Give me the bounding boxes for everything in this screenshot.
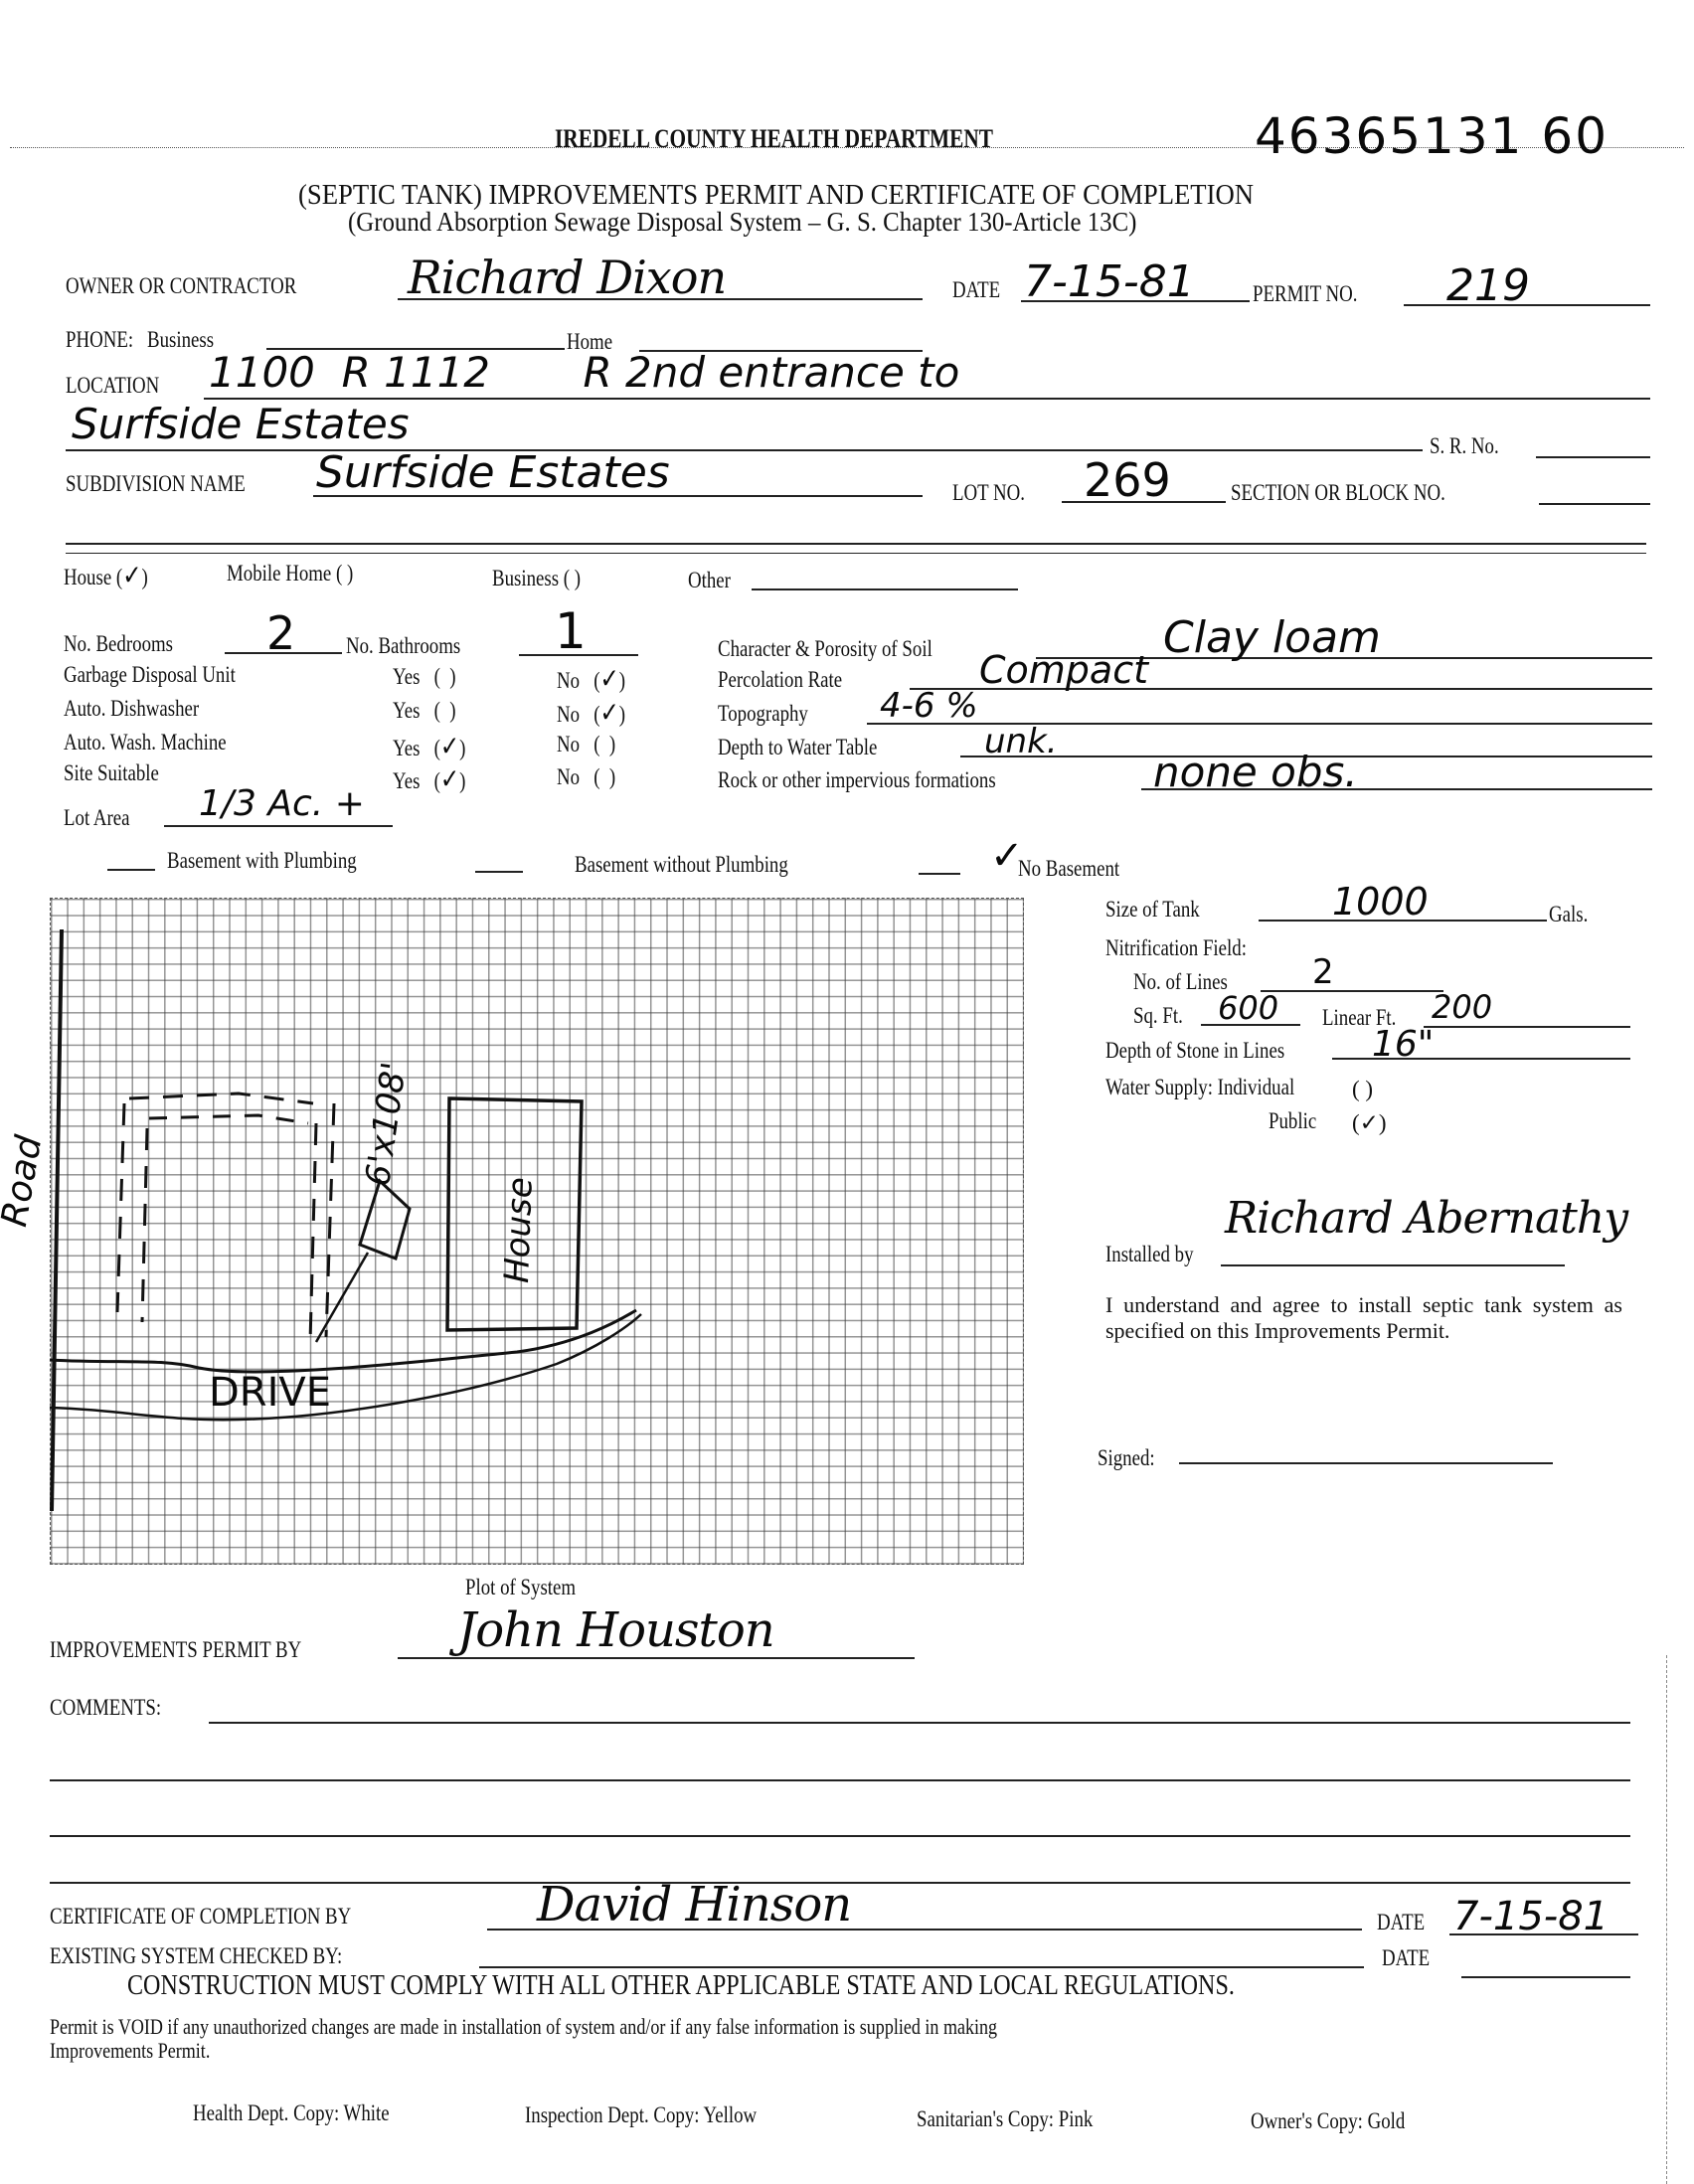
certificate-label: CERTIFICATE OF COMPLETION BY [50, 1905, 418, 1928]
certificate-signature[interactable]: David Hinson [537, 1877, 851, 1932]
water-supply-public-label: Public [1269, 1109, 1327, 1132]
lines-count-field[interactable]: 2 [1312, 952, 1334, 992]
certificate-date-label: DATE [1377, 1911, 1436, 1933]
installed-by-signature[interactable]: Richard Abernathy [1225, 1193, 1627, 1244]
plot-sketch [0, 0, 1694, 2184]
installer-agreement: I understand and agree to install septic… [1105, 1292, 1622, 1344]
linear-ft-field-line [1424, 1026, 1630, 1028]
sq-ft-field[interactable]: 600 [1218, 989, 1278, 1027]
existing-date-field[interactable] [1461, 1976, 1630, 1978]
comments-field-line-1[interactable] [209, 1722, 1630, 1724]
stone-depth-label: Depth of Stone in Lines [1105, 1039, 1324, 1062]
sq-ft-label: Sq. Ft. [1133, 1004, 1194, 1027]
certificate-date-field[interactable]: 7-15-81 [1453, 1894, 1609, 1939]
signed-field[interactable] [1179, 1462, 1553, 1464]
installed-by-field-line [1221, 1264, 1565, 1266]
existing-date-label: DATE [1382, 1946, 1440, 1969]
house-label: House [497, 1177, 541, 1284]
signed-label: Signed: [1098, 1446, 1167, 1469]
tank-unit-label: Gals. [1549, 903, 1597, 925]
copy-owner: Owner's Copy: Gold [1251, 2109, 1439, 2132]
copy-sanitarian: Sanitarian's Copy: Pink [917, 2107, 1131, 2130]
existing-system-label: EXISTING SYSTEM CHECKED BY: [50, 1944, 407, 1967]
existing-system-field[interactable] [479, 1966, 1364, 1968]
lines-count-field-line [1261, 990, 1443, 992]
nitrification-label: Nitrification Field: [1105, 936, 1277, 959]
drive-label: DRIVE [209, 1370, 331, 1416]
right-edge-perforation [1666, 1655, 1667, 2184]
copy-health-dept: Health Dept. Copy: White [193, 2101, 432, 2124]
tank-size-label: Size of Tank [1105, 898, 1221, 921]
copy-inspection-dept: Inspection Dept. Copy: Yellow [525, 2103, 807, 2126]
comments-field-line-2[interactable] [50, 1779, 1630, 1781]
linear-ft-field[interactable]: 200 [1432, 988, 1492, 1026]
water-supply-individual-label: Water Supply: Individual [1105, 1076, 1336, 1098]
installed-by-label: Installed by [1105, 1243, 1213, 1265]
void-notice-line-1: Permit is VOID if any unauthorized chang… [50, 2014, 1205, 2040]
comments-field-line-3[interactable] [50, 1835, 1630, 1837]
void-notice-line-2: Improvements Permit. [50, 2038, 246, 2064]
water-supply-public-option[interactable]: (✓) [1352, 1111, 1387, 1134]
stone-depth-field[interactable]: 16" [1372, 1024, 1434, 1065]
permit-by-label: IMPROVEMENTS PERMIT BY [50, 1638, 357, 1661]
compliance-notice: CONSTRUCTION MUST COMPLY WITH ALL OTHER … [127, 1970, 1415, 2002]
comments-label: COMMENTS: [50, 1696, 186, 1719]
permit-by-signature[interactable]: John Houston [457, 1602, 774, 1658]
tank-size-field[interactable]: 1000 [1332, 880, 1429, 924]
plot-caption: Plot of System [465, 1576, 599, 1598]
water-supply-individual-option[interactable]: ( ) [1352, 1078, 1373, 1100]
